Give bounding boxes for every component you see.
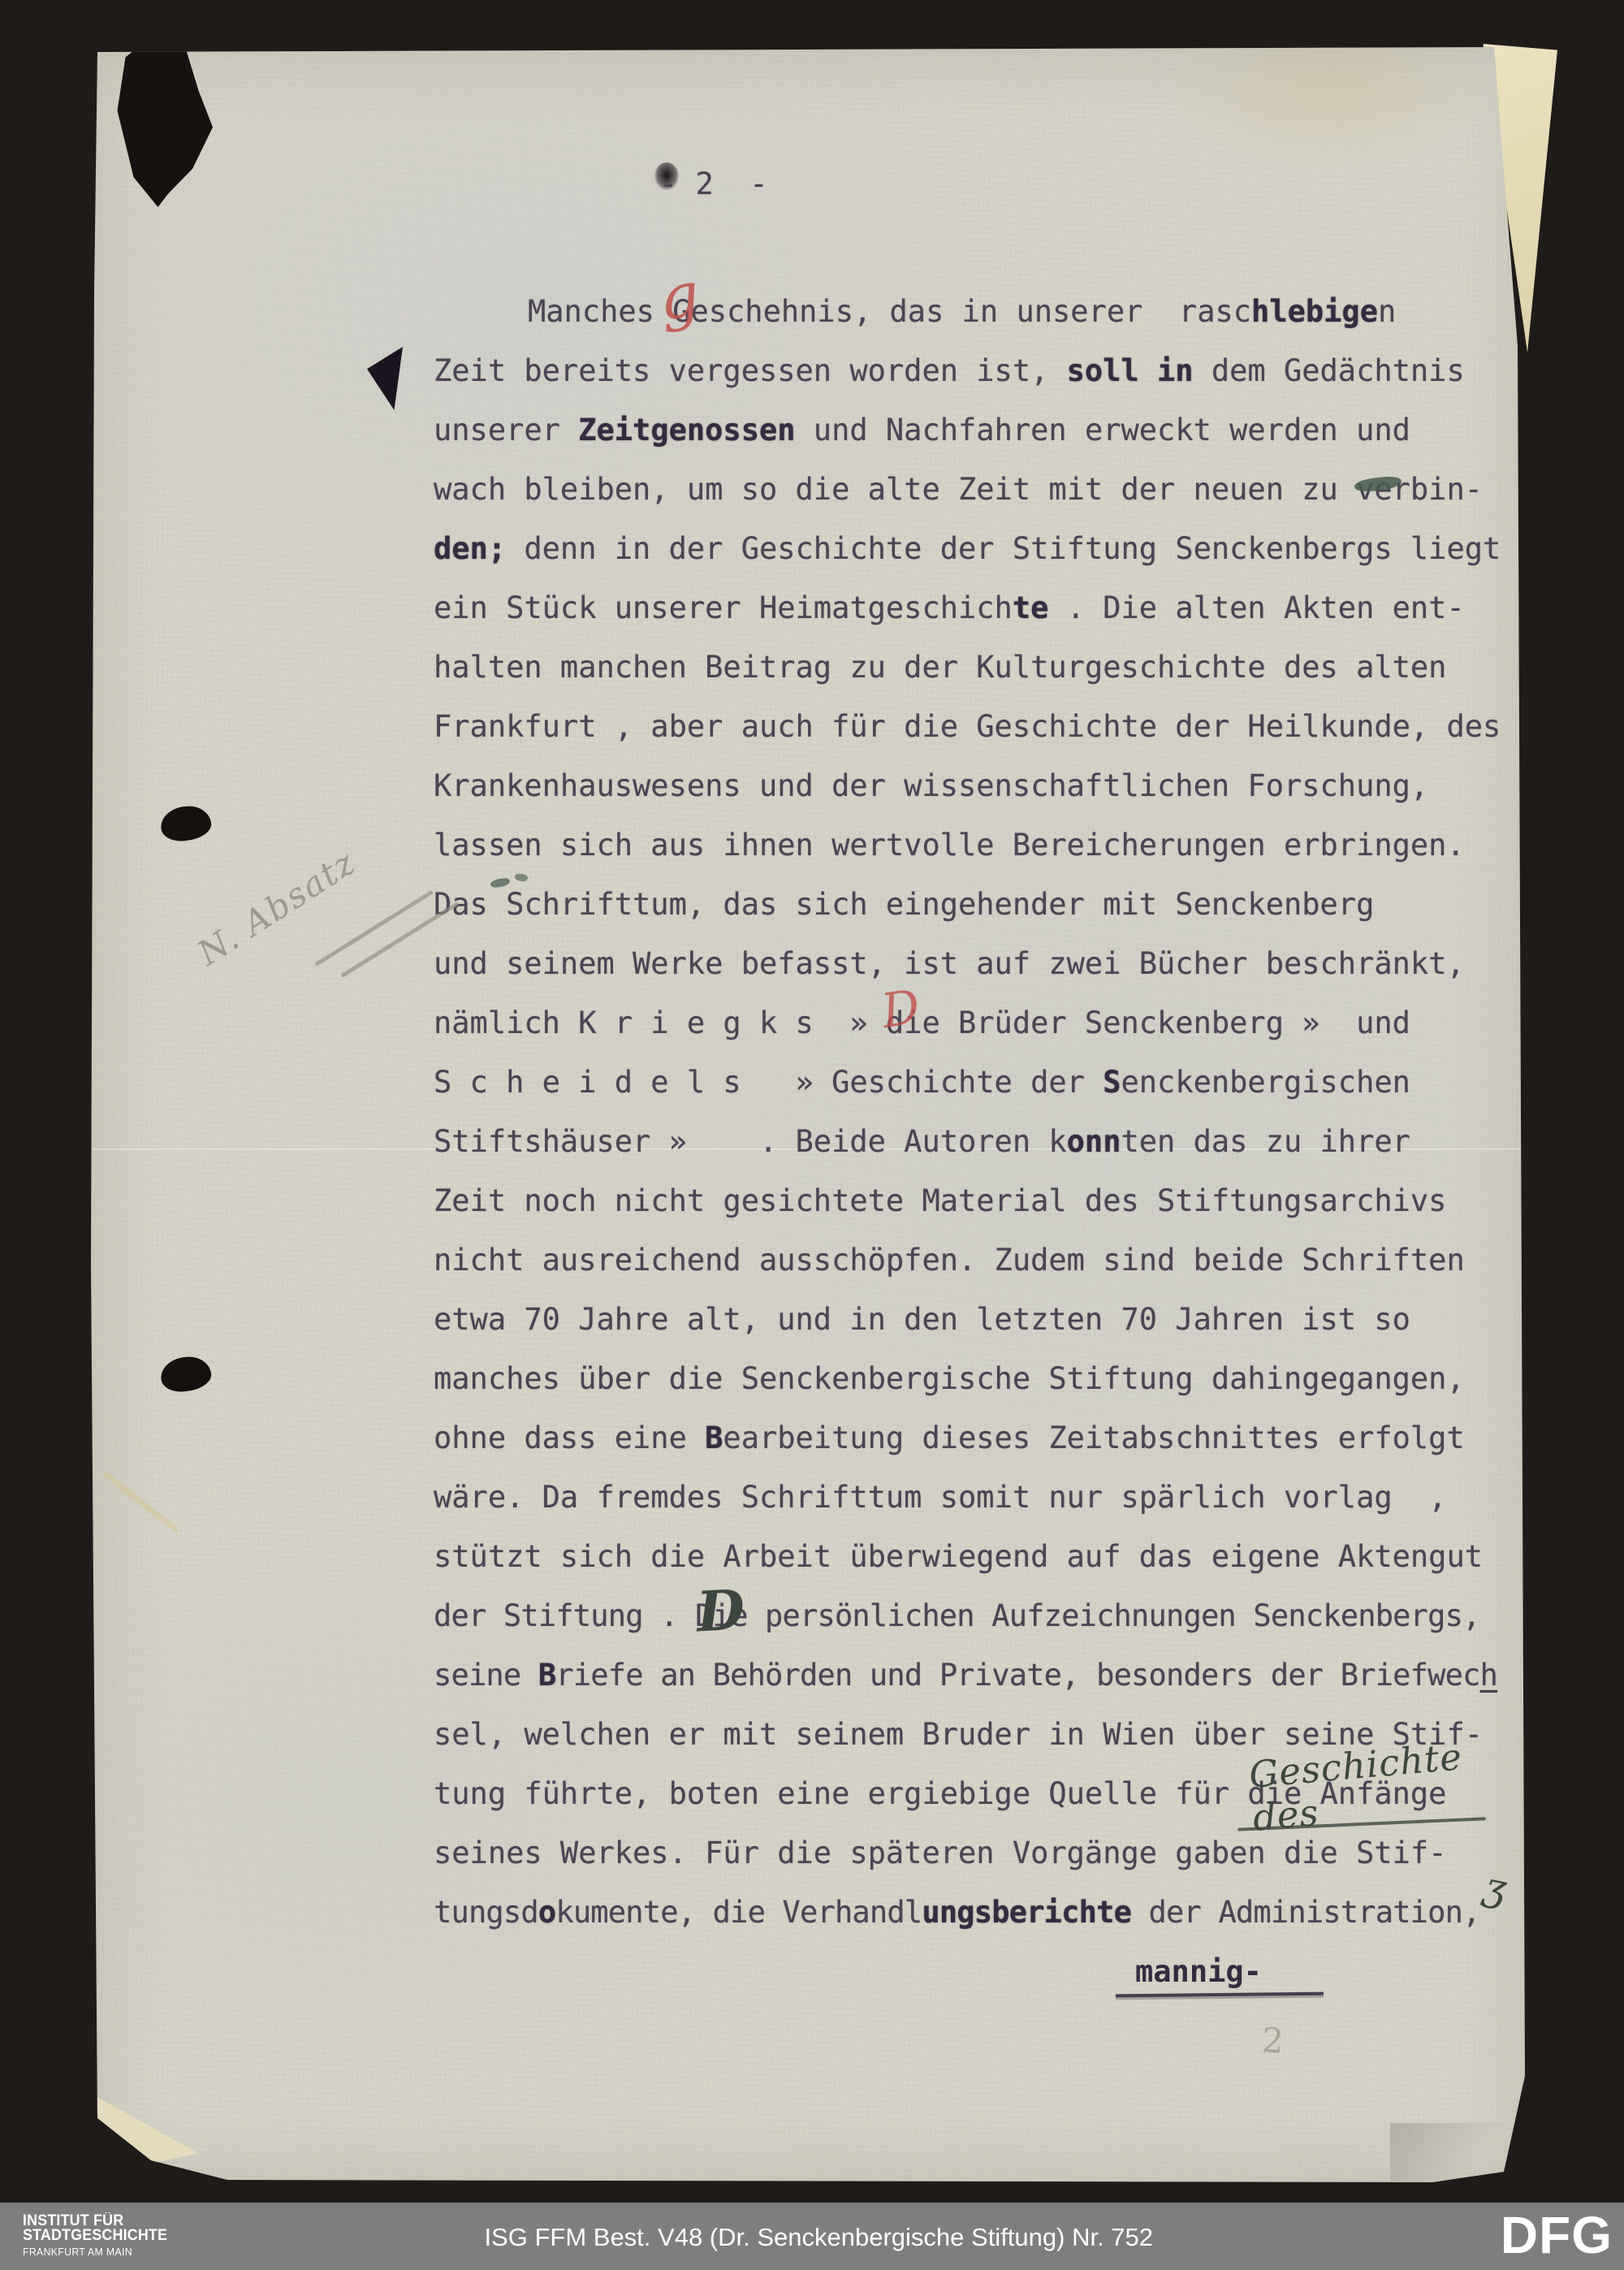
- typed-line: ein Stück unserer Heimatgeschichte . Die…: [434, 590, 1465, 625]
- typed-line: manches über die Senckenbergische Stiftu…: [434, 1361, 1465, 1396]
- typed-line: etwa 70 Jahre alt, und in den letzten 70…: [434, 1302, 1410, 1337]
- typed-line: wäre. Da fremdes Schrifttum somit nur sp…: [434, 1480, 1446, 1515]
- catchword: mannig-: [1135, 1954, 1262, 1989]
- typed-line: ohne dass eine Bearbeitung dieses Zeitab…: [434, 1420, 1465, 1455]
- typed-line: nicht ausreichend ausschöpfen. Zudem sin…: [434, 1243, 1465, 1278]
- catchword-underline: [1116, 1992, 1324, 1998]
- interline-flourish: ʒ: [1479, 1863, 1510, 1912]
- typed-line: den; denn in der Geschichte der Stiftung…: [434, 531, 1501, 566]
- archive-reference: ISG FFM Best. V48 (Dr. Senckenbergische …: [484, 2223, 1153, 2252]
- typed-line: Frankfurt , aber auch für die Geschichte…: [434, 709, 1501, 744]
- typed-line: Krankenhauswesens und der wissenschaftli…: [434, 768, 1428, 803]
- typed-line: Manches Geschehnis, das in unserer rasch…: [528, 294, 1396, 329]
- typed-line: wach bleiben, um so die alte Zeit mit de…: [434, 472, 1483, 507]
- archive-page-scan: - 2 - Manches Geschehnis, das in unserer…: [0, 0, 1624, 2270]
- ink-correction-d: D: [695, 1578, 746, 1645]
- institution-line2: STADTGESCHICHTE: [23, 2229, 167, 2243]
- typed-line: halten manchen Beitrag zu der Kulturgesc…: [434, 650, 1446, 685]
- typed-line: tungsdokumente, die Verhandlungsberichte…: [434, 1895, 1480, 1930]
- typed-line: Stiftshäuser » . Beide Autoren konnten d…: [434, 1124, 1410, 1159]
- green-ink-mark: [514, 873, 528, 882]
- punch-hole-bottom: [159, 1355, 213, 1394]
- typed-line: Das Schrifttum, das sich eingehender mit…: [434, 887, 1374, 922]
- ink-blot-tear: [115, 41, 217, 207]
- paper-crease-left: [102, 1471, 179, 1533]
- typed-line: S c h e i d e l s » Geschichte der Senck…: [434, 1065, 1410, 1100]
- dfg-logo: DFG: [1501, 2204, 1613, 2266]
- punch-hole-top: [159, 804, 213, 843]
- page-number: - 2 -: [659, 166, 768, 201]
- red-correction-d: D: [878, 979, 924, 1039]
- paper-sheet: - 2 - Manches Geschehnis, das in unserer…: [91, 47, 1530, 2183]
- typed-line: Zeit noch nicht gesichtete Material des …: [434, 1183, 1446, 1218]
- ink-spot: [367, 347, 403, 410]
- pencil-page-number: 2: [1260, 2020, 1285, 2061]
- folded-corner: [86, 2076, 208, 2175]
- typed-line: und seinem Werke befasst, ist auf zwei B…: [434, 946, 1465, 981]
- institution-line3: FRANKFURT AM MAIN: [23, 2245, 167, 2259]
- typed-line: der Stiftung . Die persönlichen Aufzeich…: [434, 1598, 1480, 1633]
- typed-line: seine Briefe an Behörden und Private, be…: [434, 1658, 1497, 1693]
- typed-line: stützt sich die Arbeit überwiegend auf d…: [434, 1539, 1483, 1574]
- typed-line: Zeit bereits vergessen worden ist, soll …: [434, 353, 1465, 388]
- typed-line: lassen sich aus ihnen wertvolle Bereiche…: [434, 828, 1465, 863]
- corner-shadow: [1390, 2123, 1525, 2181]
- typed-line: unserer Zeitgenossen und Nachfahren erwe…: [434, 413, 1410, 448]
- typed-line: seines Werkes. Für die späteren Vorgänge…: [434, 1835, 1446, 1870]
- institution-logo: INSTITUT FÜR STADTGESCHICHTE FRANKFURT A…: [23, 2214, 167, 2259]
